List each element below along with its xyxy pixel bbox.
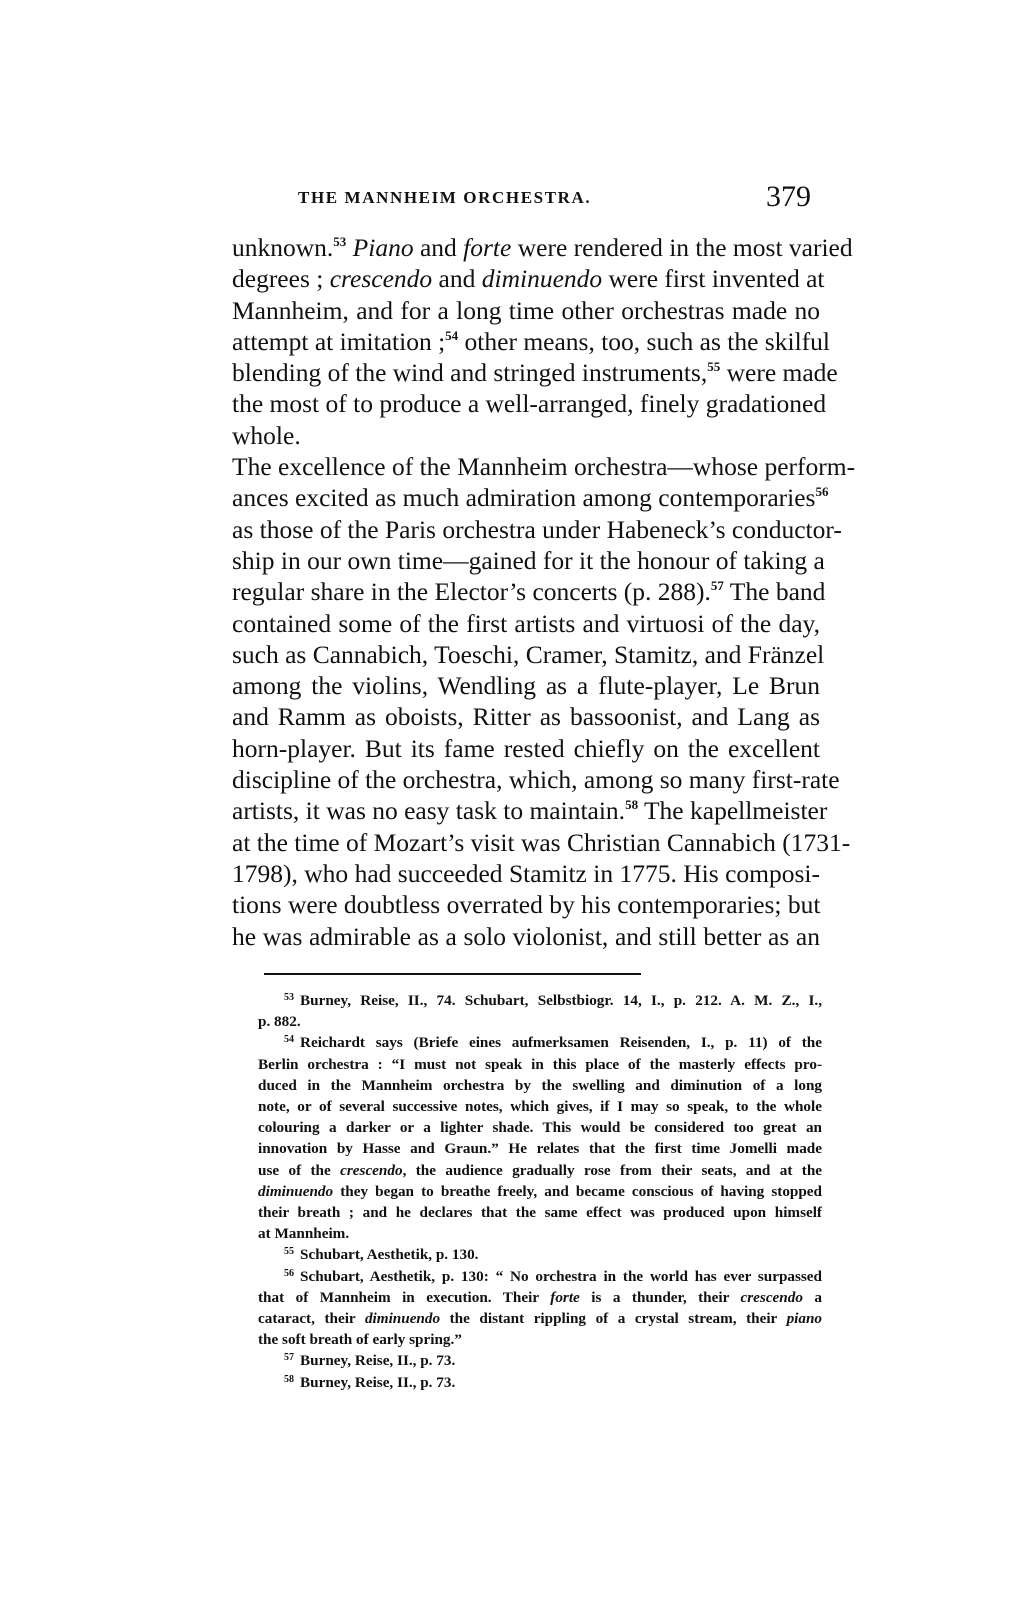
text-line: at the time of Mozart’s visit was Christ… [232,827,820,858]
text-line: unknown.53 Piano and forte were rendered… [232,232,820,263]
paragraph-1: unknown.53 Piano and forte were rendered… [232,232,820,451]
text-line: and Ramm as oboists, Ritter as bassoonis… [232,701,820,732]
text-line: attempt at imitation ;54 other means, to… [232,326,820,357]
text-line: ances excited as much admiration among c… [232,482,820,513]
text-line: horn-player. But its fame rested chiefly… [232,733,820,764]
text-line: tions were doubtless overrated by his co… [232,889,820,920]
text-line: among the violins, Wendling as a flute-p… [232,670,820,701]
paragraph-2: The excellence of the Mannheim orchestra… [232,451,820,952]
text-line: discipline of the orchestra, which, amon… [232,764,820,795]
text-line: artists, it was no easy task to maintain… [232,795,820,826]
page-number: 379 [766,180,811,214]
text-line: contained some of the first artists and … [232,608,820,639]
text-line: The excellence of the Mannheim orchestra… [232,451,820,482]
footnote-53: 53Burney, Reise, II., 74. Schubart, Selb… [258,990,822,1032]
footnote-56: 56Schubart, Aesthetik, p. 130: “ No orch… [258,1266,822,1351]
text-line: he was admirable as a solo violonist, an… [232,921,820,952]
footnote-ref-58[interactable]: 58 [625,797,638,812]
text-line: such as Cannabich, Toeschi, Cramer, Stam… [232,639,820,670]
text-line: blending of the wind and stringed instru… [232,357,820,388]
footnote-54: 54Reichardt says (Briefe eines aufmerksa… [258,1032,822,1244]
main-text: unknown.53 Piano and forte were rendered… [232,232,820,952]
text-line: regular share in the Elector’s concerts … [232,576,820,607]
footnote-ref-53[interactable]: 53 [333,234,346,249]
footnote-ref-54[interactable]: 54 [445,328,458,343]
footnote-ref-56[interactable]: 56 [815,484,828,499]
footnote-55: 55Schubart, Aesthetik, p. 130. [258,1244,822,1265]
book-page: THE MANNHEIM ORCHESTRA. 379 unknown.53 P… [0,0,1034,1600]
footnote-ref-55[interactable]: 55 [707,359,720,374]
text-line: Mannheim, and for a long time other orch… [232,295,820,326]
text-line: degrees ; crescendo and diminuendo were … [232,263,820,294]
footnote-divider [264,973,641,975]
footnote-ref-57[interactable]: 57 [711,578,724,593]
text-line: as those of the Paris orchestra under Ha… [232,514,820,545]
running-title: THE MANNHEIM ORCHESTRA. [298,188,591,208]
text-line: the most of to produce a well-arranged, … [232,388,820,419]
text-line: ship in our own time—gained for it the h… [232,545,820,576]
footnote-57: 57Burney, Reise, II., p. 73. [258,1350,822,1371]
footnotes: 53Burney, Reise, II., 74. Schubart, Selb… [258,990,822,1393]
footnote-58: 58Burney, Reise, II., p. 73. [258,1372,822,1393]
text-line: whole. [232,420,820,451]
text-line: 1798), who had succeeded Stamitz in 1775… [232,858,820,889]
